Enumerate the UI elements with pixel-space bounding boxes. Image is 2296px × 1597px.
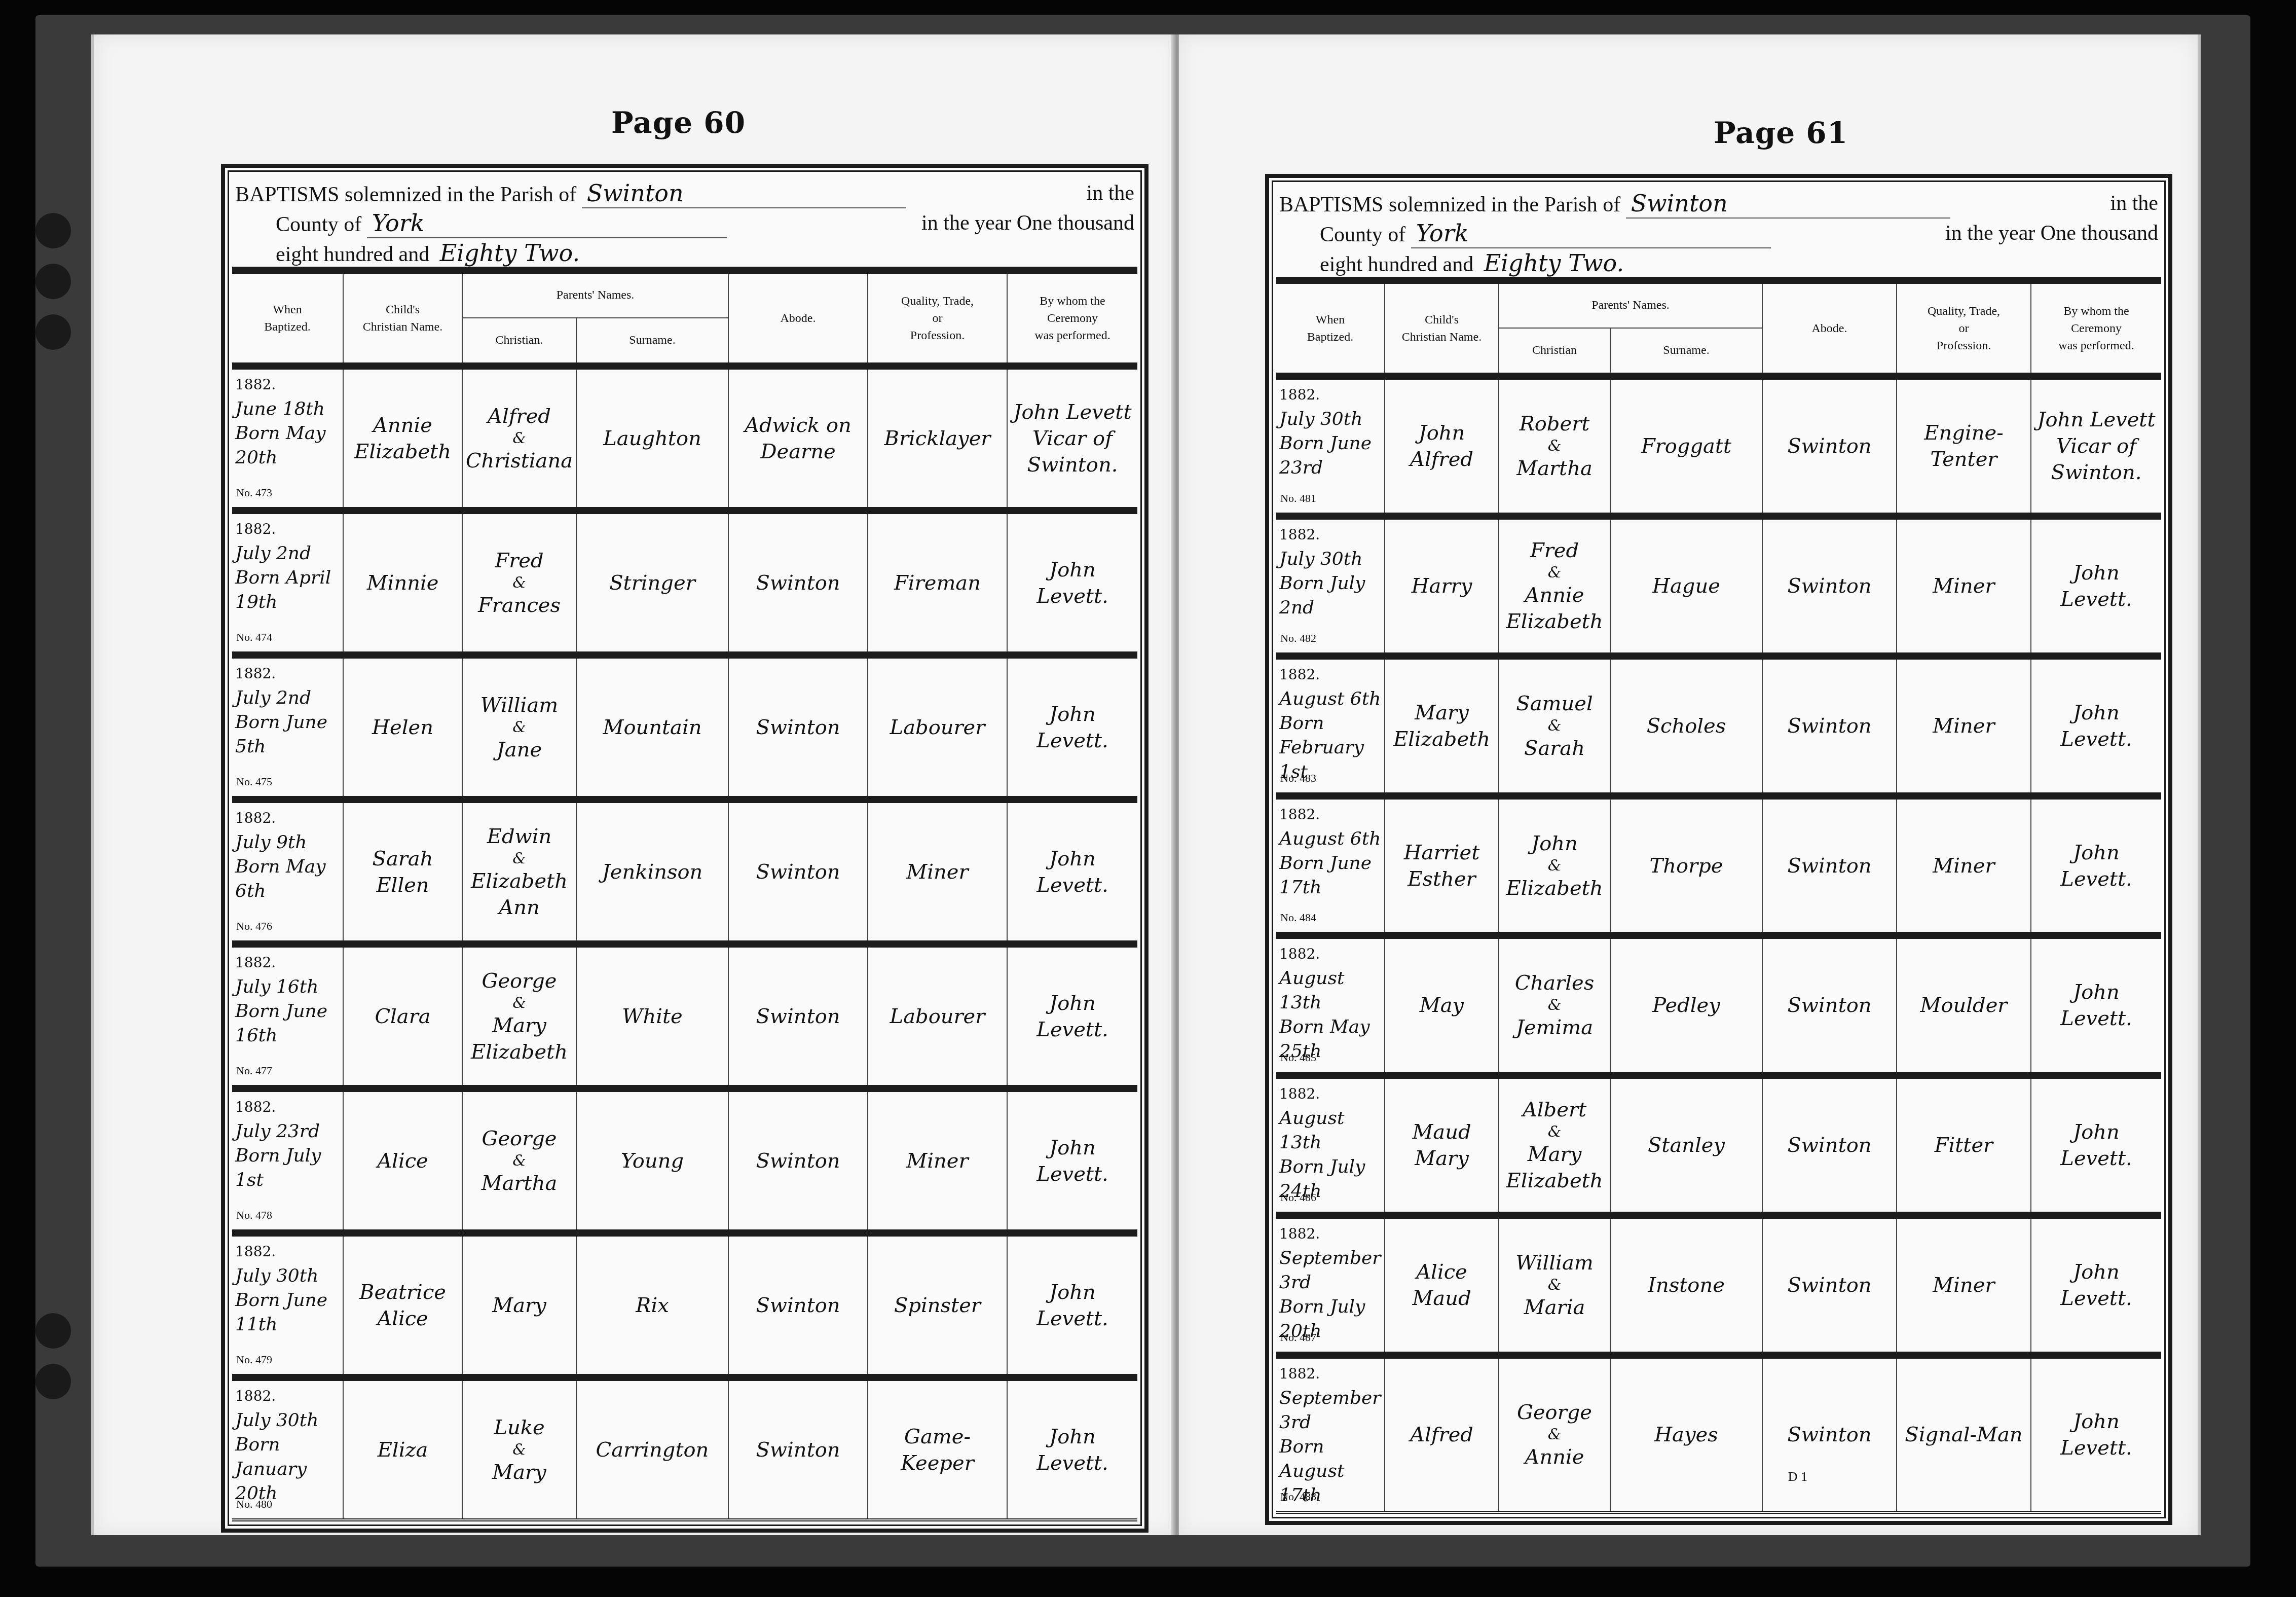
heading-text: in the year One thousand xyxy=(1945,219,2158,247)
county-field: York xyxy=(1411,219,1771,248)
table-row: 1882. June 18th Born May 20th No. 473 An… xyxy=(232,370,1137,514)
cell-child-name: May xyxy=(1385,939,1499,1072)
cell-child-name: Maud Mary xyxy=(1385,1079,1499,1212)
cell-abode: Swinton xyxy=(729,659,868,796)
cell-when-baptized: 1882. July 2nd Born June 5th No. 475 xyxy=(232,659,344,796)
table-row: 1882. August 13th Born July 24th No. 486… xyxy=(1276,1079,2161,1219)
cell-surname: Hague xyxy=(1611,520,1763,652)
cell-trade: Bricklayer xyxy=(868,370,1008,507)
cell-when-baptized: 1882. July 23rd Born July 1st No. 478 xyxy=(232,1092,344,1229)
cell-child-name: Beatrice Alice xyxy=(344,1237,463,1374)
cell-parents-christian: Charles & Jemima xyxy=(1499,939,1611,1072)
cell-surname: Mountain xyxy=(577,659,729,796)
cell-parents-christian: Samuel & Sarah xyxy=(1499,660,1611,792)
column-headers: WhenBaptized. Child'sChristian Name. Par… xyxy=(1276,277,2161,380)
signature-mark: D 1 xyxy=(1788,1469,1807,1484)
heading-text: eight hundred and xyxy=(1320,253,1473,276)
header-child: Child'sChristian Name. xyxy=(1385,284,1499,373)
entry-number: No. 473 xyxy=(236,481,272,505)
cell-trade: Labourer xyxy=(868,948,1008,1085)
entry-number: No. 481 xyxy=(1280,486,1316,511)
cell-child-name: Annie Elizabeth xyxy=(344,370,463,507)
cell-officiant: John Levett. xyxy=(1008,1092,1137,1229)
heading-text: County of xyxy=(276,213,361,236)
header-when: WhenBaptized. xyxy=(232,274,344,362)
cell-child-name: John Alfred xyxy=(1385,380,1499,513)
baptism-date: August 6th xyxy=(1279,827,1381,851)
cell-officiant: John Levett. xyxy=(2031,1219,2161,1352)
cell-trade: Miner xyxy=(1897,800,2031,932)
cell-when-baptized: 1882. July 9th Born May 6th No. 476 xyxy=(232,803,344,940)
table-row: 1882. July 30th Born June 23rd No. 481 J… xyxy=(1276,380,2161,520)
year-field: Eighty Two. xyxy=(435,239,698,268)
header-parents-label: Parents' Names. xyxy=(463,274,728,318)
year-field: Eighty Two. xyxy=(1479,249,1743,278)
table-row: 1882. July 9th Born May 6th No. 476 Sara… xyxy=(232,803,1137,948)
cell-abode: Swinton xyxy=(1763,1359,1897,1511)
baptism-date: July 2nd xyxy=(235,541,311,566)
cell-parents-christian: Robert & Martha xyxy=(1499,380,1611,513)
cell-parents-christian: George & Mary Elizabeth xyxy=(463,948,577,1085)
cell-child-name: Harry xyxy=(1385,520,1499,652)
header-when: WhenBaptized. xyxy=(1276,284,1385,373)
entry-number: No. 483 xyxy=(1280,766,1316,790)
entry-number: No. 478 xyxy=(236,1203,272,1227)
baptism-date: September 3rd xyxy=(1279,1246,1381,1295)
birth-date: Born June 17th xyxy=(1279,851,1381,900)
cell-abode: Swinton xyxy=(1763,380,1897,513)
cell-child-name: Sarah Ellen xyxy=(344,803,463,940)
entry-number: No. 479 xyxy=(236,1348,272,1372)
cell-child-name: Alice xyxy=(344,1092,463,1229)
cell-child-name: Mary Elizabeth xyxy=(1385,660,1499,792)
entry-number: No. 486 xyxy=(1280,1185,1316,1210)
baptism-date: June 18th xyxy=(235,397,325,421)
cell-officiant: John Levett. xyxy=(2031,939,2161,1072)
cell-trade: Fireman xyxy=(868,514,1008,651)
cell-child-name: Eliza xyxy=(344,1381,463,1518)
cell-abode: Swinton xyxy=(1763,939,1897,1072)
header-christian: Christian xyxy=(1499,329,1611,373)
cell-when-baptized: 1882. June 18th Born May 20th No. 473 xyxy=(232,370,344,507)
cell-abode: Swinton xyxy=(729,803,868,940)
register-heading: BAPTISMS solemnized in the Parish of Swi… xyxy=(235,179,1134,265)
cell-child-name: Alfred xyxy=(1385,1359,1499,1511)
cell-parents-christian: Mary xyxy=(463,1237,577,1374)
heading-text: BAPTISMS solemnized in the Parish of xyxy=(235,183,576,206)
entry-number: No. 474 xyxy=(236,625,272,649)
baptism-date: July 23rd xyxy=(235,1119,320,1144)
cell-abode: Swinton xyxy=(729,1237,868,1374)
table-row: 1882. July 30th Born January 20th No. 48… xyxy=(232,1381,1137,1521)
birth-date: Born June 16th xyxy=(235,999,340,1048)
county-field: York xyxy=(367,209,727,238)
cell-officiant: John Levett. xyxy=(1008,659,1137,796)
cell-abode: Swinton xyxy=(1763,660,1897,792)
baptism-date: July 30th xyxy=(235,1408,318,1433)
cell-surname: White xyxy=(577,948,729,1085)
entry-number: No. 484 xyxy=(1280,905,1316,930)
cell-parents-christian: George & Martha xyxy=(463,1092,577,1229)
header-parents: Parents' Names. Christian. Surname. xyxy=(463,274,729,362)
cell-when-baptized: 1882. July 30th Born January 20th No. 48… xyxy=(232,1381,344,1518)
cell-abode: Swinton xyxy=(729,948,868,1085)
cell-surname: Rix xyxy=(577,1237,729,1374)
baptism-date: July 30th xyxy=(1279,547,1362,571)
cell-when-baptized: 1882. July 30th Born July 2nd No. 482 xyxy=(1276,520,1385,652)
cell-trade: Labourer xyxy=(868,659,1008,796)
entry-number: No. 477 xyxy=(236,1059,272,1083)
baptism-register-table: BAPTISMS solemnized in the Parish of Swi… xyxy=(1265,174,2172,1525)
baptism-date: July 9th xyxy=(235,830,307,855)
cell-parents-christian: William & Maria xyxy=(1499,1219,1611,1352)
entry-number: No. 475 xyxy=(236,770,272,794)
entry-number: No. 485 xyxy=(1280,1045,1316,1070)
cell-surname: Pedley xyxy=(1611,939,1763,1072)
cell-parents-christian: Albert & Mary Elizabeth xyxy=(1499,1079,1611,1212)
parish-field: Swinton xyxy=(1626,189,1950,219)
cell-when-baptized: 1882. August 6th Born June 17th No. 484 xyxy=(1276,800,1385,932)
cell-trade: Miner xyxy=(1897,1219,2031,1352)
entry-number: No. 487 xyxy=(1280,1325,1316,1350)
cell-trade: Miner xyxy=(868,1092,1008,1229)
cell-surname: Froggatt xyxy=(1611,380,1763,513)
binding-clasp xyxy=(35,213,71,248)
cell-child-name: Clara xyxy=(344,948,463,1085)
table-row: 1882. July 16th Born June 16th No. 477 C… xyxy=(232,948,1137,1092)
table-row: 1882. July 2nd Born April 19th No. 474 M… xyxy=(232,514,1137,659)
cell-when-baptized: 1882. August 13th Born May 25th No. 485 xyxy=(1276,939,1385,1072)
binding-clasp xyxy=(35,1313,71,1349)
register-entries: 1882. July 30th Born June 23rd No. 481 J… xyxy=(1276,380,2161,1514)
cell-officiant: John Levett Vicar of Swinton. xyxy=(2031,380,2161,513)
header-surname: Surname. xyxy=(1611,329,1762,373)
birth-date: Born May 20th xyxy=(235,421,340,470)
cell-surname: Laughton xyxy=(577,370,729,507)
table-row: 1882. August 6th Born June 17th No. 484 … xyxy=(1276,800,2161,939)
cell-officiant: John Levett. xyxy=(1008,1381,1137,1518)
birth-date: Born May 6th xyxy=(235,855,340,903)
page-61: Page 61 London: Printed by Shaw and Sons… xyxy=(1179,34,2201,1535)
cell-surname: Thorpe xyxy=(1611,800,1763,932)
cell-parents-christian: John & Elizabeth xyxy=(1499,800,1611,932)
baptism-date: September 3rd xyxy=(1279,1386,1381,1435)
cell-child-name: Alice Maud xyxy=(1385,1219,1499,1352)
table-row: 1882. July 2nd Born June 5th No. 475 Hel… xyxy=(232,659,1137,803)
baptism-date: July 30th xyxy=(235,1264,318,1288)
birth-date: Born April 19th xyxy=(235,566,340,614)
cell-when-baptized: 1882. September 3rd Born July 20th No. 4… xyxy=(1276,1219,1385,1352)
cell-parents-christian: Fred & Frances xyxy=(463,514,577,651)
register-book: Page 60 BAPTISMS solemnized in the Paris… xyxy=(35,15,2250,1567)
cell-parents-christian: Edwin & Elizabeth Ann xyxy=(463,803,577,940)
cell-officiant: John Levett. xyxy=(1008,514,1137,651)
cell-officiant: John Levett. xyxy=(1008,1237,1137,1374)
cell-child-name: Harriet Esther xyxy=(1385,800,1499,932)
cell-trade: Moulder xyxy=(1897,939,2031,1072)
cell-abode: Swinton xyxy=(729,514,868,651)
baptism-date: August 6th xyxy=(1279,687,1381,711)
cell-trade: Spinster xyxy=(868,1237,1008,1374)
entry-number: No. 488 xyxy=(1280,1484,1316,1509)
birth-date: Born June 23rd xyxy=(1279,431,1381,480)
cell-trade: Signal-Man xyxy=(1897,1359,2031,1511)
cell-parents-christian: George & Annie xyxy=(1499,1359,1611,1511)
table-row: 1882. July 30th Born June 11th No. 479 B… xyxy=(232,1237,1137,1381)
cell-officiant: John Levett. xyxy=(2031,660,2161,792)
cell-officiant: John Levett. xyxy=(1008,948,1137,1085)
cell-parents-christian: Luke & Mary xyxy=(463,1381,577,1518)
header-christian: Christian. xyxy=(463,318,577,363)
cell-surname: Hayes xyxy=(1611,1359,1763,1511)
heading-text: County of xyxy=(1320,223,1405,246)
heading-text: in the xyxy=(1087,179,1134,207)
cell-abode: Swinton xyxy=(729,1092,868,1229)
cell-child-name: Helen xyxy=(344,659,463,796)
header-child: Child'sChristian Name. xyxy=(344,274,463,362)
header-quality: Quality, Trade,orProfession. xyxy=(1897,284,2031,373)
cell-officiant: John Levett. xyxy=(2031,1359,2161,1511)
birth-date: Born July 2nd xyxy=(1279,571,1381,620)
cell-surname: Scholes xyxy=(1611,660,1763,792)
baptism-date: July 16th xyxy=(235,975,318,999)
baptism-date: July 30th xyxy=(1279,407,1362,431)
cell-officiant: John Levett. xyxy=(2031,1079,2161,1212)
page-title: Page 60 xyxy=(611,105,746,140)
cell-when-baptized: 1882. August 6th Born February 1st No. 4… xyxy=(1276,660,1385,792)
cell-when-baptized: 1882. July 2nd Born April 19th No. 474 xyxy=(232,514,344,651)
cell-trade: Engine-Tenter xyxy=(1897,380,2031,513)
table-row: 1882. August 13th Born May 25th No. 485 … xyxy=(1276,939,2161,1079)
cell-abode: Swinton xyxy=(1763,1079,1897,1212)
cell-parents-christian: Fred & Annie Elizabeth xyxy=(1499,520,1611,652)
cell-abode: Swinton xyxy=(1763,1219,1897,1352)
cell-surname: Young xyxy=(577,1092,729,1229)
cell-surname: Carrington xyxy=(577,1381,729,1518)
binding-clasp xyxy=(35,1364,71,1399)
cell-trade: Miner xyxy=(1897,660,2031,792)
cell-when-baptized: 1882. July 16th Born June 16th No. 477 xyxy=(232,948,344,1085)
cell-trade: Game-Keeper xyxy=(868,1381,1008,1518)
baptism-date: August 13th xyxy=(1279,1106,1381,1155)
cell-abode: Adwick on Dearne xyxy=(729,370,868,507)
header-abode: Abode. xyxy=(729,274,868,362)
parish-field: Swinton xyxy=(582,179,906,208)
cell-abode: Swinton xyxy=(1763,520,1897,652)
header-quality: Quality, Trade,orProfession. xyxy=(868,274,1008,362)
header-surname: Surname. xyxy=(577,318,728,363)
heading-text: BAPTISMS solemnized in the Parish of xyxy=(1279,193,1620,216)
cell-when-baptized: 1882. July 30th Born June 11th No. 479 xyxy=(232,1237,344,1374)
birth-date: Born June 5th xyxy=(235,710,340,759)
table-row: 1882. July 30th Born July 2nd No. 482 Ha… xyxy=(1276,520,2161,660)
register-heading: BAPTISMS solemnized in the Parish of Swi… xyxy=(1279,189,2158,275)
cell-parents-christian: Alfred & Christiana xyxy=(463,370,577,507)
heading-text: in the year One thousand xyxy=(921,209,1134,237)
cell-officiant: John Levett. xyxy=(2031,520,2161,652)
baptism-date: August 13th xyxy=(1279,966,1381,1015)
cell-officiant: John Levett. xyxy=(2031,800,2161,932)
table-row: 1882. September 3rd Born August 17th No.… xyxy=(1276,1359,2161,1514)
entry-number: No. 482 xyxy=(1280,626,1316,650)
header-officiant: By whom theCeremonywas performed. xyxy=(1008,274,1137,362)
cell-child-name: Minnie xyxy=(344,514,463,651)
birth-date: Born July 1st xyxy=(235,1144,340,1192)
column-headers: WhenBaptized. Child'sChristian Name. Par… xyxy=(232,267,1137,370)
cell-parents-christian: William & Jane xyxy=(463,659,577,796)
cell-abode: Swinton xyxy=(1763,800,1897,932)
birth-date: Born June 11th xyxy=(235,1288,340,1337)
table-row: 1882. September 3rd Born July 20th No. 4… xyxy=(1276,1219,2161,1359)
cell-abode: Swinton xyxy=(729,1381,868,1518)
cell-trade: Miner xyxy=(1897,520,2031,652)
heading-text: eight hundred and xyxy=(276,243,429,266)
binding-clasp xyxy=(35,264,71,299)
header-parents: Parents' Names. Christian Surname. xyxy=(1499,284,1763,373)
cell-surname: Jenkinson xyxy=(577,803,729,940)
cell-when-baptized: 1882. July 30th Born June 23rd No. 481 xyxy=(1276,380,1385,513)
binding-clasp xyxy=(35,314,71,350)
page-60: Page 60 BAPTISMS solemnized in the Paris… xyxy=(91,34,1179,1535)
baptism-date: July 2nd xyxy=(235,686,311,710)
cell-officiant: John Levett Vicar of Swinton. xyxy=(1008,370,1137,507)
table-row: 1882. July 23rd Born July 1st No. 478 Al… xyxy=(232,1092,1137,1237)
table-row: 1882. August 6th Born February 1st No. 4… xyxy=(1276,660,2161,800)
register-entries: 1882. June 18th Born May 20th No. 473 An… xyxy=(232,370,1137,1521)
entry-number: No. 480 xyxy=(236,1492,272,1516)
header-officiant: By whom theCeremonywas performed. xyxy=(2031,284,2161,373)
cell-trade: Fitter xyxy=(1897,1079,2031,1212)
heading-text: in the xyxy=(2110,189,2158,217)
cell-surname: Stanley xyxy=(1611,1079,1763,1212)
cell-when-baptized: 1882. September 3rd Born August 17th No.… xyxy=(1276,1359,1385,1511)
cell-trade: Miner xyxy=(868,803,1008,940)
baptism-register-table: BAPTISMS solemnized in the Parish of Swi… xyxy=(221,164,1149,1533)
header-abode: Abode. xyxy=(1763,284,1897,373)
entry-number: No. 476 xyxy=(236,914,272,938)
cell-officiant: John Levett. xyxy=(1008,803,1137,940)
page-title: Page 61 xyxy=(1714,116,1848,150)
cell-when-baptized: 1882. August 13th Born July 24th No. 486 xyxy=(1276,1079,1385,1212)
cell-surname: Instone xyxy=(1611,1219,1763,1352)
cell-surname: Stringer xyxy=(577,514,729,651)
header-parents-label: Parents' Names. xyxy=(1499,284,1762,329)
